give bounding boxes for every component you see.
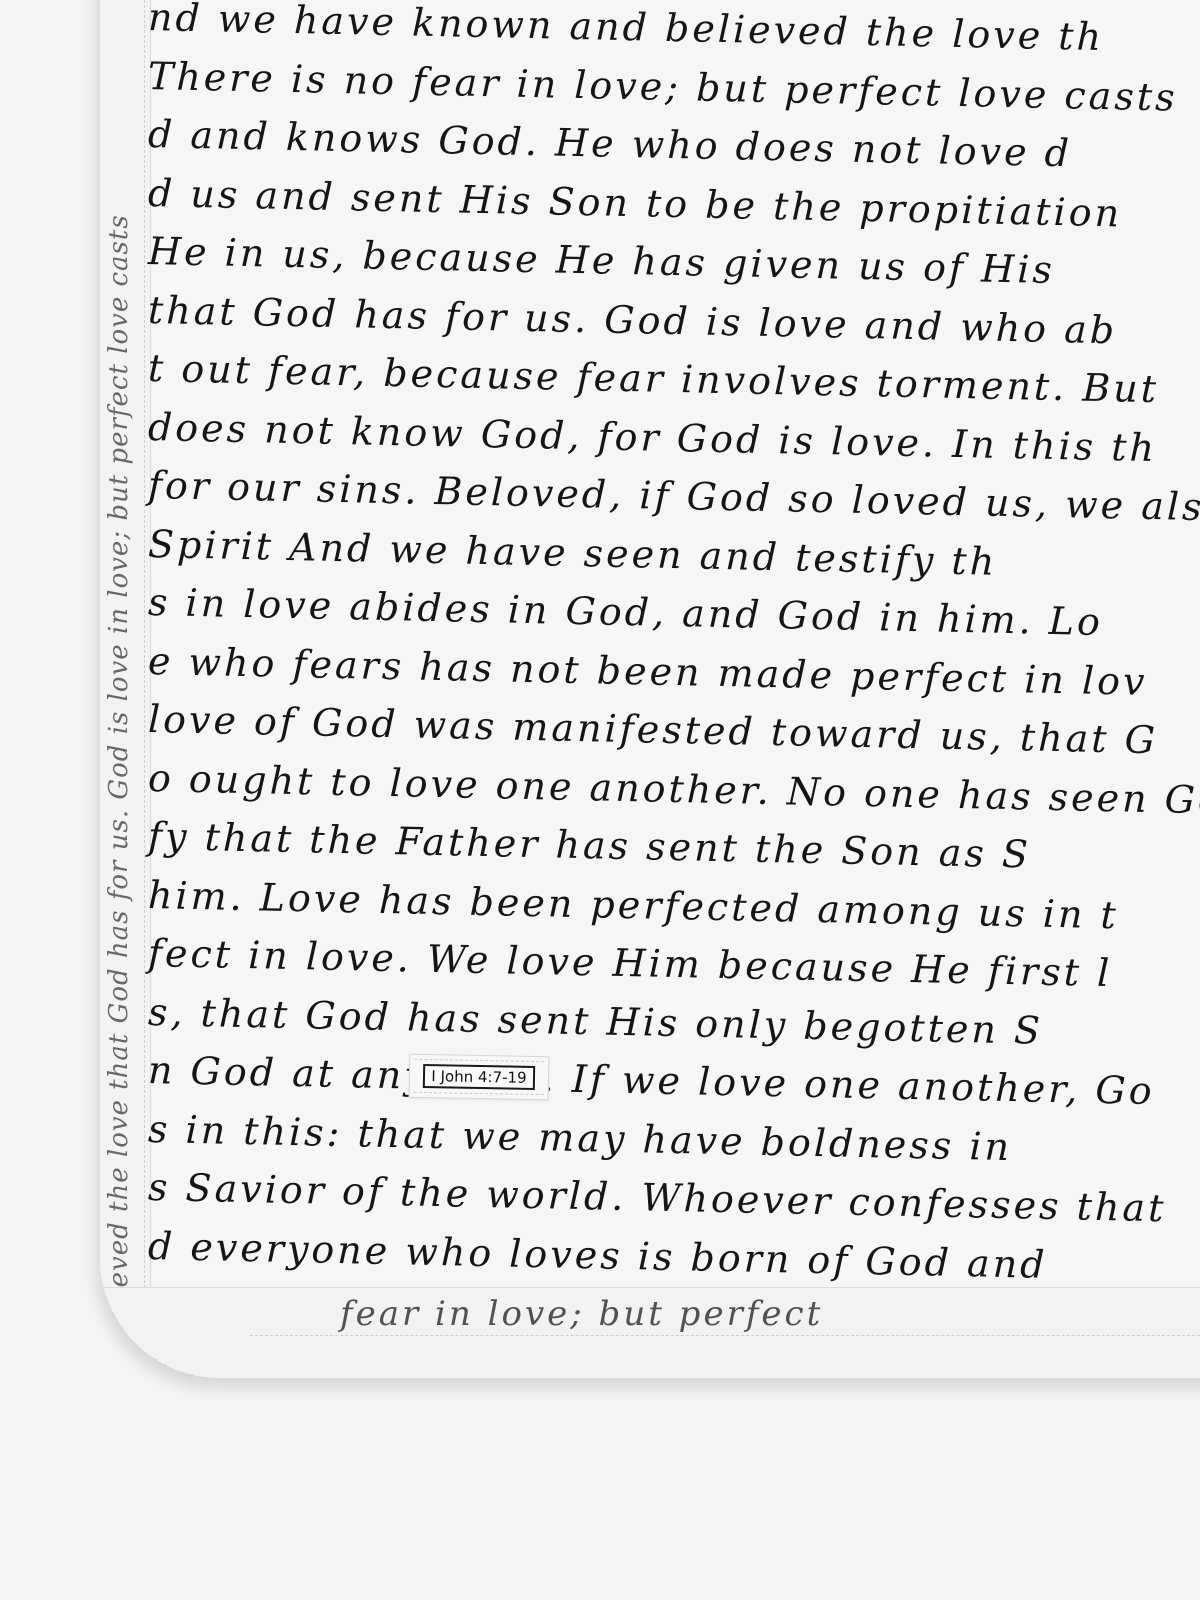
handwritten-text-block: nd we have known and believed the love t…	[148, 0, 1200, 1378]
blanket: believed the love that God has for us. G…	[100, 0, 1200, 1378]
left-hem-stitching	[144, 0, 145, 1318]
edge-handwritten-text: believed the love that God has for us. G…	[104, 214, 134, 1340]
label-text: I John 4:7-19	[423, 1064, 535, 1090]
sewn-label: I John 4:7-19	[409, 1054, 550, 1100]
bottom-hem-text: fear in love; but perfect	[340, 1294, 823, 1334]
bottom-hem-stitching	[250, 1335, 1200, 1336]
